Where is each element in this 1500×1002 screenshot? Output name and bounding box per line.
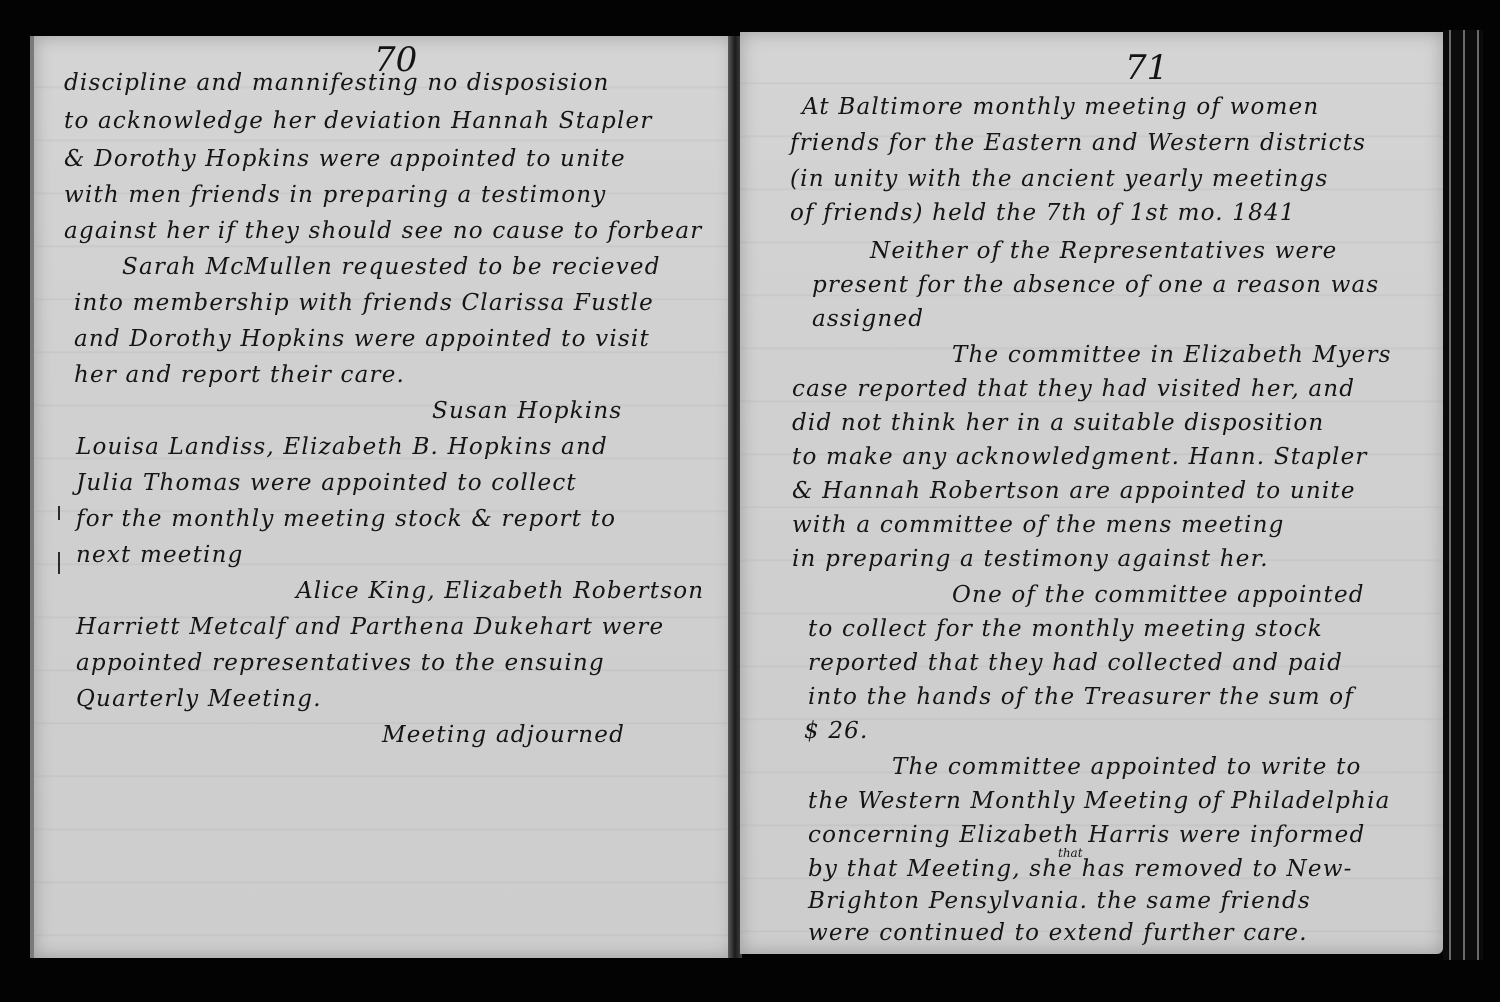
text-line: Meeting adjourned [382,722,625,748]
left-page: 70 discipline and mannifesting no dispos… [30,36,734,958]
text-line: her and report their care. [74,362,405,388]
text-line: and Dorothy Hopkins were appointed to vi… [74,326,650,352]
text-line: with a committee of the mens meeting [792,512,1285,538]
text-line: Neither of the Representatives were [870,238,1337,264]
text-line: friends for the Eastern and Western dist… [790,130,1366,156]
text-line: the Western Monthly Meeting of Philadelp… [808,788,1391,814]
right-page: 71 At Baltimore monthly meeting of women… [740,32,1443,954]
text-line: $ 26. [804,718,869,744]
text-line: did not think her in a suitable disposit… [792,410,1324,436]
margin-mark [58,506,60,520]
text-line: (in unity with the ancient yearly meetin… [790,166,1328,192]
text-line: into membership with friends Clarissa Fu… [74,290,654,316]
text-line: discipline and mannifesting no disposisi… [64,70,610,96]
text-line: Susan Hopkins [432,398,622,424]
text-line: & Dorothy Hopkins were appointed to unit… [64,146,626,172]
text-line: against her if they should see no cause … [64,218,702,244]
text-line: in preparing a testimony against her. [792,546,1269,572]
page-number-right: 71 [1125,48,1168,88]
text-line: to collect for the monthly meeting stock [808,616,1323,642]
text-line: appointed representatives to the ensuing [76,650,605,676]
book-page-edges [1443,30,1483,960]
text-line: Louisa Landiss, Elizabeth B. Hopkins and [76,434,608,460]
text-line: next meeting [76,542,244,568]
text-line: At Baltimore monthly meeting of women [802,94,1319,120]
text-line: into the hands of the Treasurer the sum … [808,684,1354,710]
book-spread: 70 discipline and mannifesting no dispos… [0,0,1500,1002]
text-line: concerning Elizabeth Harris were informe… [808,822,1365,848]
text-line: One of the committee appointed [952,582,1365,608]
text-line: reported that they had collected and pai… [808,650,1343,676]
text-line: assigned [812,306,924,332]
text-line: case reported that they had visited her,… [792,376,1355,402]
text-line: were continued to extend further care. [808,920,1308,946]
text-line: The committee appointed to write to [892,754,1362,780]
text-line: to acknowledge her deviation Hannah Stap… [64,108,653,134]
margin-mark [58,552,60,574]
text-line: Julia Thomas were appointed to collect [76,470,577,496]
text-line: The committee in Elizabeth Myers [952,342,1392,368]
text-line: Harriett Metcalf and Parthena Dukehart w… [76,614,664,640]
text-line: to make any acknowledgment. Hann. Staple… [792,444,1368,470]
text-line: Quarterly Meeting. [76,686,322,712]
text-line: Alice King, Elizabeth Robertson [296,578,704,604]
text-line: Sarah McMullen requested to be recieved [122,254,661,280]
text-line: present for the absence of one a reason … [812,272,1379,298]
text-line: of friends) held the 7th of 1st mo. 1841 [790,200,1296,226]
text-line: Brighton Pensylvania. the same friends [808,888,1311,914]
text-line: for the monthly meeting stock & report t… [76,506,616,532]
interlinear-insertion: that [1058,846,1083,860]
text-line: with men friends in preparing a testimon… [64,182,606,208]
text-line: & Hannah Robertson are appointed to unit… [792,478,1356,504]
